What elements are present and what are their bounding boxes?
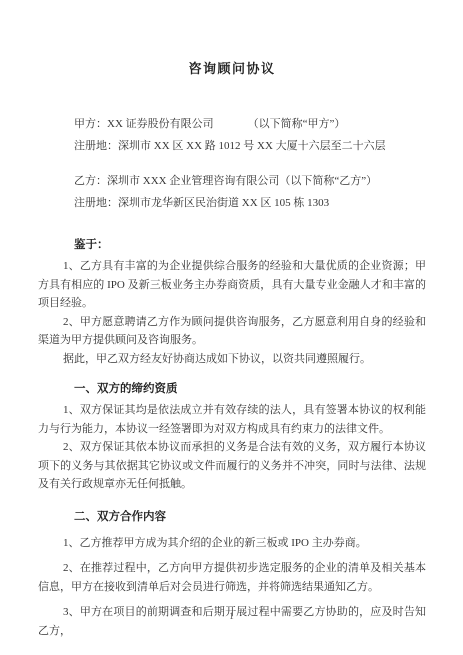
spacer: [38, 214, 426, 236]
document-page: 咨询顾问协议 甲方：XX 证券股份有限公司 （以下简称“甲方”） 注册地：深圳市…: [0, 0, 463, 655]
party-b-registration: 注册地：深圳市龙华新区民治街道 XX 区 105 栋 1303: [38, 192, 426, 214]
section-paragraph: 3、甲方在项目的前期调查和后期开展过程中需要乙方协助的，应及时告知乙方，: [38, 603, 426, 640]
section-paragraph: 1、双方保证其均是依法成立并有效存续的法人，具有签署本协议的权利能力与行为能力，…: [38, 401, 426, 438]
doc-title: 咨询顾问协议: [38, 58, 426, 77]
party-a-alias: （以下简称“甲方”）: [248, 113, 346, 135]
whereas-item: 1、乙方具有丰富的为企业提供综合服务的经验和大量优质的企业资源；甲方具有相应的 …: [38, 257, 426, 313]
party-a-registration: 注册地：深圳市 XX 区 XX 路 1012 号 XX 大厦十六层至二十六层: [38, 135, 426, 157]
spacer: [38, 157, 426, 170]
section-paragraph: 1、乙方推荐甲方成为其介绍的企业的新三板或 IPO 主办券商。: [38, 534, 426, 553]
page-number: 1: [0, 611, 463, 621]
whereas-closing: 据此，甲乙双方经友好协商达成如下协议，以资共同遵照履行。: [38, 350, 426, 369]
section-heading-1: 一、双方的缔约资质: [38, 380, 426, 398]
section-paragraph: 2、双方保证其依本协议而承担的义务是合法有效的义务，双方履行本协议项下的义务与其…: [38, 438, 426, 494]
party-b-line: 乙方：深圳市 XXX 企业管理咨询有限公司（以下简称“乙方”）: [38, 170, 426, 192]
whereas-item: 2、甲方愿意聘请乙方作为顾问提供咨询服务，乙方愿意利用自身的经验和渠道为甲方提供…: [38, 313, 426, 350]
party-a-line: 甲方：XX 证券股份有限公司 （以下简称“甲方”）: [38, 113, 426, 135]
whereas-heading: 鉴于：: [38, 236, 426, 254]
party-a-name: 甲方：XX 证券股份有限公司: [74, 113, 214, 135]
section-paragraph: 2、在推荐过程中，乙方向甲方提供初步选定服务的企业的清单及相关基本信息，甲方在接…: [38, 559, 426, 596]
section-heading-2: 二、双方合作内容: [38, 508, 426, 526]
